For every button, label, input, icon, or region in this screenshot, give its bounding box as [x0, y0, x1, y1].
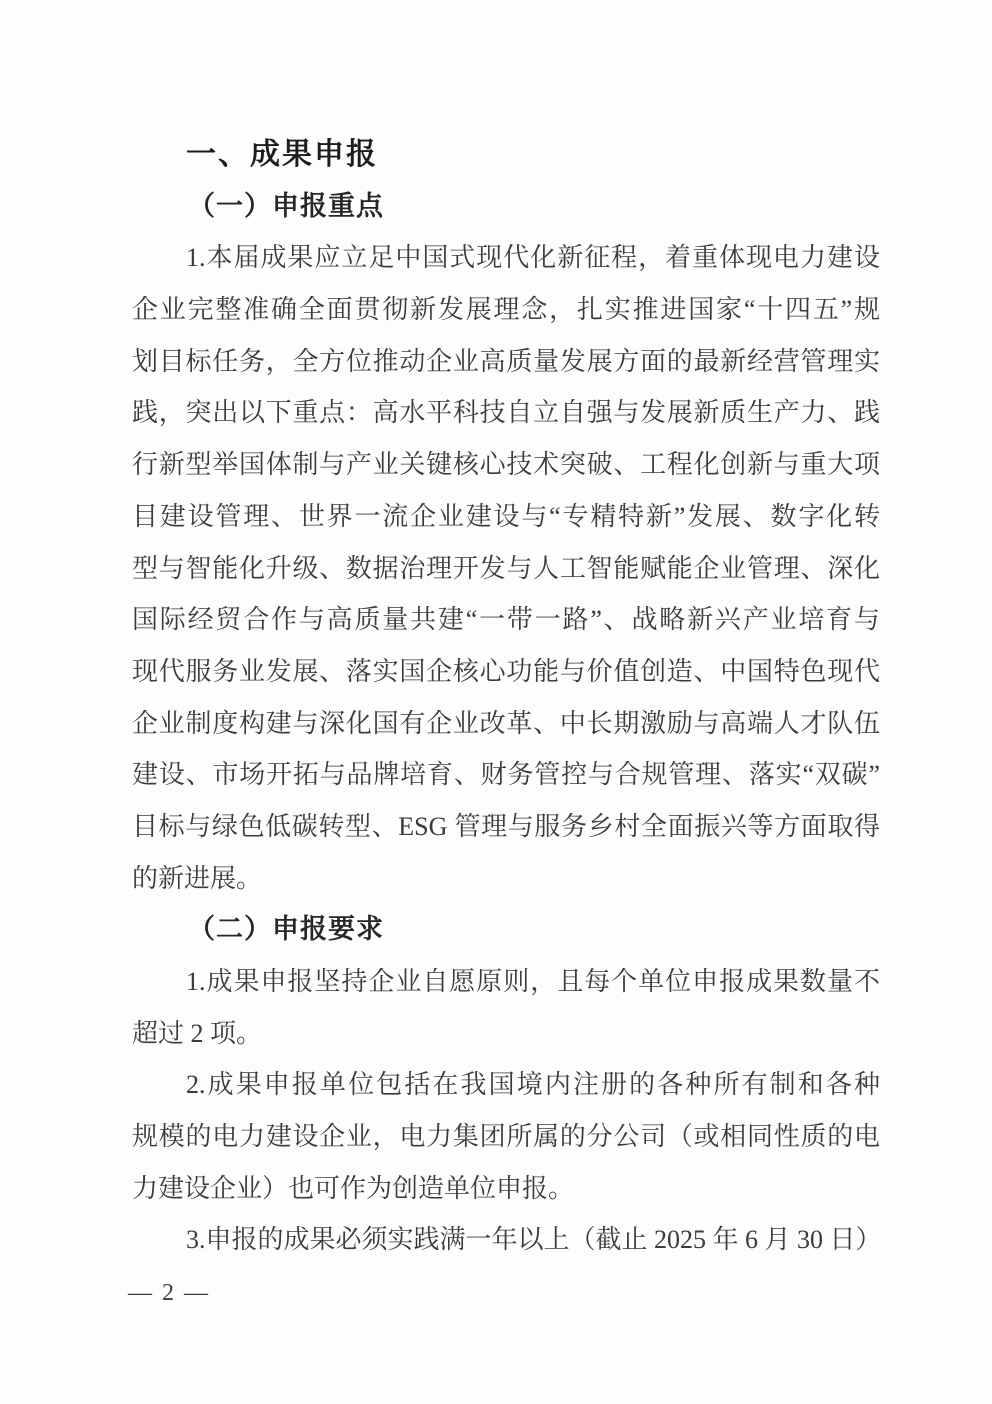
paragraph-line: 的新进展。 [132, 853, 880, 905]
paragraph-line: 建设、市场开拓与品牌培育、财务管控与合规管理、落实“双碳” [132, 749, 880, 801]
paragraph-line: 企业制度构建与深化国有企业改革、中长期激励与高端人才队伍 [132, 698, 880, 750]
paragraph-line: 企业完整准确全面贯彻新发展理念，扎实推进国家“十四五”规 [132, 284, 880, 336]
paragraph-line: 力建设企业）也可作为创造单位申报。 [132, 1163, 880, 1215]
paragraph-line: 划目标任务，全方位推动企业高质量发展方面的最新经营管理实 [132, 336, 880, 388]
text-block: 一、成果申报 （一）申报重点 1.本届成果应立足中国式现代化新征程，着重体现电力… [132, 129, 880, 1266]
paragraph-line: 1.本届成果应立足中国式现代化新征程，着重体现电力建设 [132, 232, 880, 284]
paragraph-line: 2.成果申报单位包括在我国境内注册的各种所有制和各种 [132, 1059, 880, 1111]
paragraph-line: 国际经贸合作与高质量共建“一带一路”、战略新兴产业培育与 [132, 594, 880, 646]
paragraph-line: 践，突出以下重点：高水平科技自立自强与发展新质生产力、践 [132, 387, 880, 439]
paragraph-line: 现代服务业发展、落实国企核心功能与价值创造、中国特色现代 [132, 646, 880, 698]
paragraph-line: 规模的电力建设企业，电力集团所属的分公司（或相同性质的电 [132, 1111, 880, 1163]
paragraph-line: 1.成果申报坚持企业自愿原则，且每个单位申报成果数量不 [132, 956, 880, 1008]
paragraph-line: 型与智能化升级、数据治理开发与人工智能赋能企业管理、深化 [132, 543, 880, 595]
document-page: 一、成果申报 （一）申报重点 1.本届成果应立足中国式现代化新征程，着重体现电力… [0, 0, 992, 1404]
paragraph-line: 超过 2 项。 [132, 1008, 880, 1060]
paragraph-line: 3.申报的成果必须实践满一年以上（截止 2025 年 6 月 30 日） [132, 1214, 880, 1266]
page-number: — 2 — [128, 1280, 210, 1307]
section-heading: 一、成果申报 [132, 129, 880, 181]
paragraph-line: 目标与绿色低碳转型、ESG 管理与服务乡村全面振兴等方面取得 [132, 801, 880, 853]
subsection-heading-1: （一）申报重点 [132, 181, 880, 233]
paragraph-line: 目建设管理、世界一流企业建设与“专精特新”发展、数字化转 [132, 491, 880, 543]
paragraph-line: 行新型举国体制与产业关键核心技术突破、工程化创新与重大项 [132, 439, 880, 491]
subsection-heading-2: （二）申报要求 [132, 904, 880, 956]
